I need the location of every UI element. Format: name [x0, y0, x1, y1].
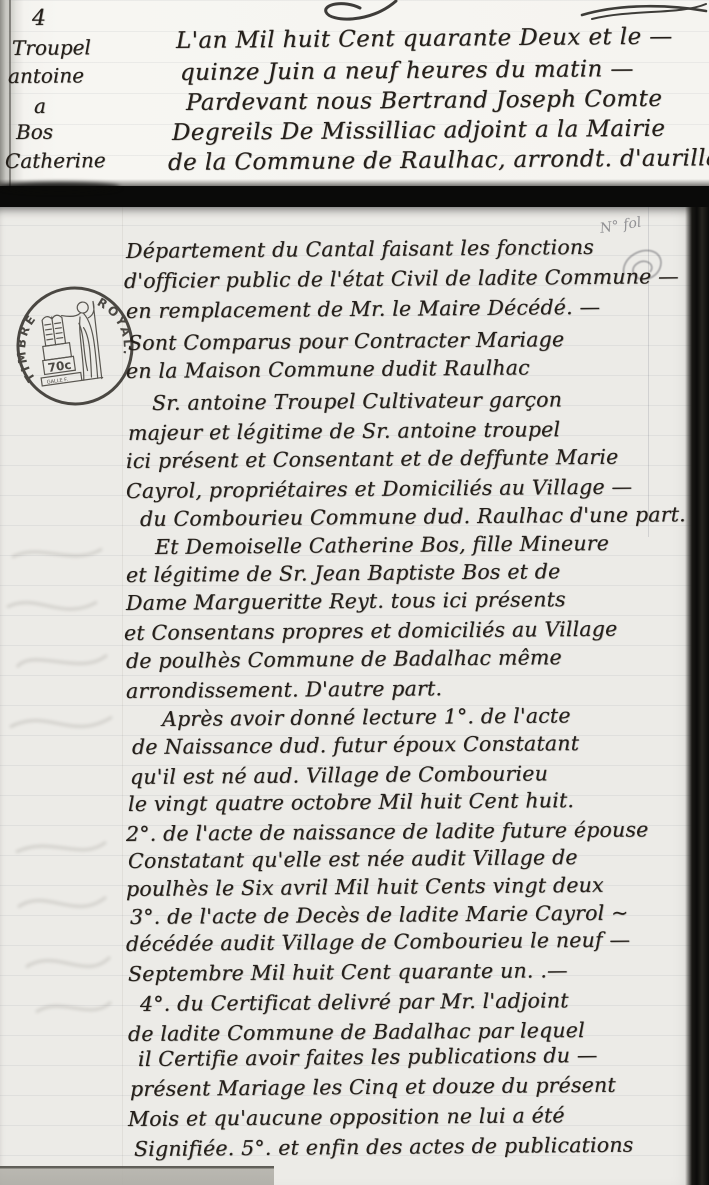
manuscript-line: Département du Cantal faisant les foncti… — [126, 235, 594, 263]
manuscript-line: et légitime de Sr. Jean Baptiste Bos et … — [126, 559, 561, 587]
manuscript-line: Dame Margueritte Reyt. tous ici présents — [126, 587, 566, 615]
manuscript-line: 3°. de l'acte de Decès de ladite Marie C… — [130, 901, 629, 929]
manuscript-line: 4°. du Certificat delivré par Mr. l'adjo… — [140, 988, 569, 1016]
manuscript-line: Septembre Mil huit Cent quarante un. .— — [128, 958, 568, 986]
scanned-document: 4 Troupel antoine a Bos Catherine L'an M… — [0, 0, 709, 1185]
manuscript-line: Sont Comparus pour Contracter Mariage — [128, 327, 564, 355]
manuscript-line: Degreils De Missilliac adjoint a la Mair… — [172, 116, 666, 146]
manuscript-line: de poulhès Commune de Badalhac même — [126, 645, 562, 673]
manuscript-line: Après avoir donné lecture 1°. de l'acte — [162, 703, 571, 731]
manuscript-line: de Naissance dud. futur époux Constatant — [132, 731, 579, 759]
margin-note-groom-firstname: antoine — [8, 63, 84, 88]
manuscript-line: Pardevant nous Bertrand Joseph Comte — [186, 86, 663, 116]
manuscript-line: L'an Mil huit Cent quarante Deux et le — — [176, 24, 673, 54]
manuscript-line: qu'il est né aud. Village de Combourieu — [130, 761, 548, 789]
scan-top-fragment: 4 Troupel antoine a Bos Catherine L'an M… — [0, 0, 709, 186]
flourish-loop — [300, 0, 420, 22]
manuscript-line: décédée audit Village de Combourieu le n… — [126, 928, 630, 956]
manuscript-line: Cayrol, propriétaires et Domiciliés au V… — [126, 475, 632, 503]
stamp-art-group: TIMBRE ROYAL. — [12, 284, 138, 408]
manuscript-line: arrondissement. D'autre part. — [126, 676, 442, 703]
manuscript-line: et Consentans propres et domiciliés au V… — [124, 617, 618, 645]
manuscript-line: en remplacement de Mr. le Maire Décédé. … — [126, 295, 600, 323]
corner-annotation: N° fol — [599, 215, 643, 237]
manuscript-line: Constatant qu'elle est née audit Village… — [128, 845, 578, 873]
manuscript-line: 2°. de l'acte de naissance de ladite fut… — [126, 817, 649, 846]
margin-note-bride-firstname: Catherine — [5, 148, 106, 173]
stamp-engraver: GALLE F. — [46, 377, 68, 386]
manuscript-line: Mois et qu'aucune opposition ne lui a ét… — [128, 1103, 565, 1131]
bleed-through-marks — [2, 537, 122, 777]
manuscript-line: ici présent et Consentant et de deffunte… — [126, 445, 619, 473]
scan-gap — [0, 186, 709, 207]
flourish-swoosh — [580, 0, 708, 20]
manuscript-line: présent Mariage les Cinq et douze du pré… — [130, 1073, 616, 1101]
manuscript-line: poulhès le Six avril Mil huit Cents ving… — [126, 873, 604, 901]
manuscript-line: le vingt quatre octobre Mil huit Cent hu… — [128, 788, 574, 816]
margin-note-conjunction: a — [34, 94, 46, 118]
binding-shadow — [685, 207, 709, 1185]
manuscript-line: de ladite Commune de Badalhac par lequel — [128, 1018, 585, 1046]
manuscript-line: d'officier public de l'état Civil de lad… — [124, 264, 679, 293]
manuscript-line: de la Commune de Raulhac, arrondt. d'aur… — [168, 145, 709, 176]
margin-note-groom-surname: Troupel — [12, 35, 91, 60]
royal-stamp: TIMBRE ROYAL. — [12, 284, 138, 408]
manuscript-line: Signifiée. 5°. et enfin des actes de pub… — [134, 1133, 634, 1161]
scan-main-page: N° fol TIMBRE ROYAL. — [0, 207, 709, 1185]
margin-note-bride-surname: Bos — [16, 120, 53, 144]
manuscript-line: il Certifie avoir faites les publication… — [138, 1043, 598, 1071]
adjacent-page-edge — [0, 1166, 274, 1185]
stamp-tablet — [42, 315, 66, 347]
manuscript-line: du Combourieu Commune dud. Raulhac d'une… — [140, 502, 686, 531]
manuscript-line: majeur et légitime de Sr. antoine troupe… — [128, 417, 560, 445]
act-number: 4 — [32, 6, 46, 31]
manuscript-line: Et Demoiselle Catherine Bos, fille Mineu… — [155, 531, 609, 559]
manuscript-line: en la Maison Commune dudit Raulhac — [126, 355, 530, 383]
stamp-denomination: 70c — [47, 358, 73, 375]
manuscript-line: quinze Juin a neuf heures du matin — — [180, 56, 634, 86]
manuscript-line: Sr. antoine Troupel Cultivateur garçon — [152, 387, 562, 415]
bleed-through-marks — [6, 827, 116, 1027]
